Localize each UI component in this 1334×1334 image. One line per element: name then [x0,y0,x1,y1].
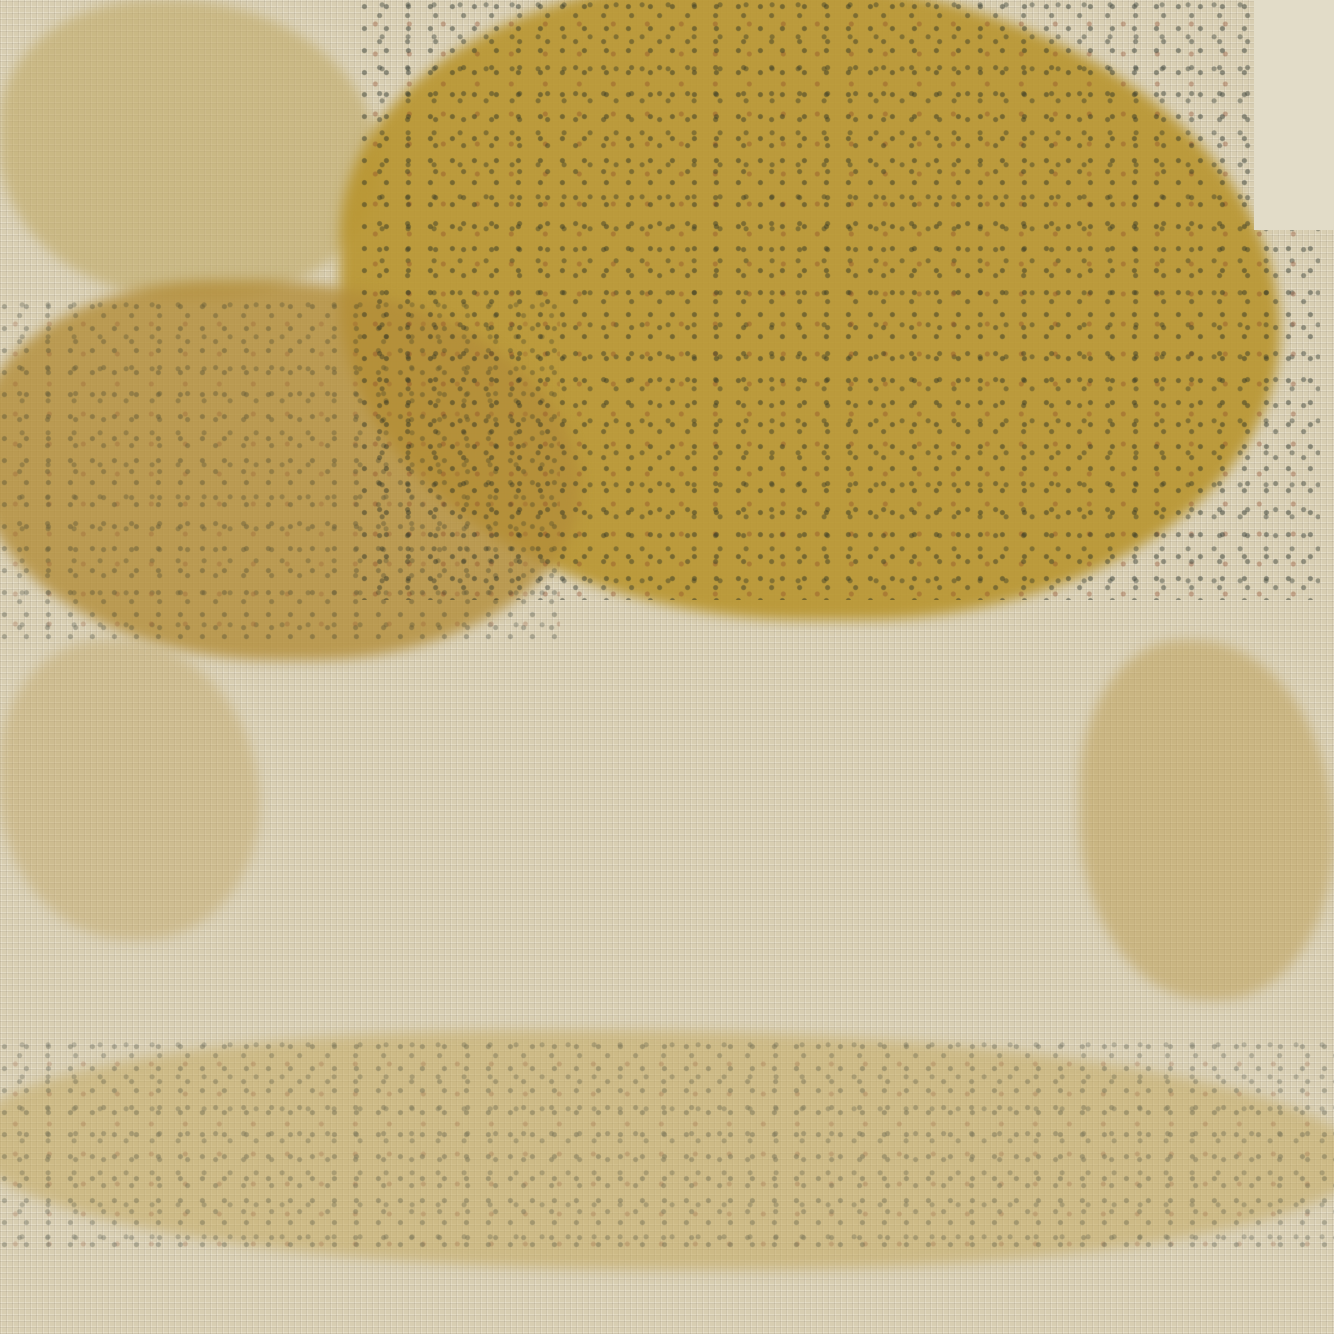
pattern-speckle-left [0,300,560,640]
rug-photograph [0,0,1334,1334]
pattern-speckle-bottom [0,1040,1334,1260]
bare-foundation-edge [1254,0,1334,230]
